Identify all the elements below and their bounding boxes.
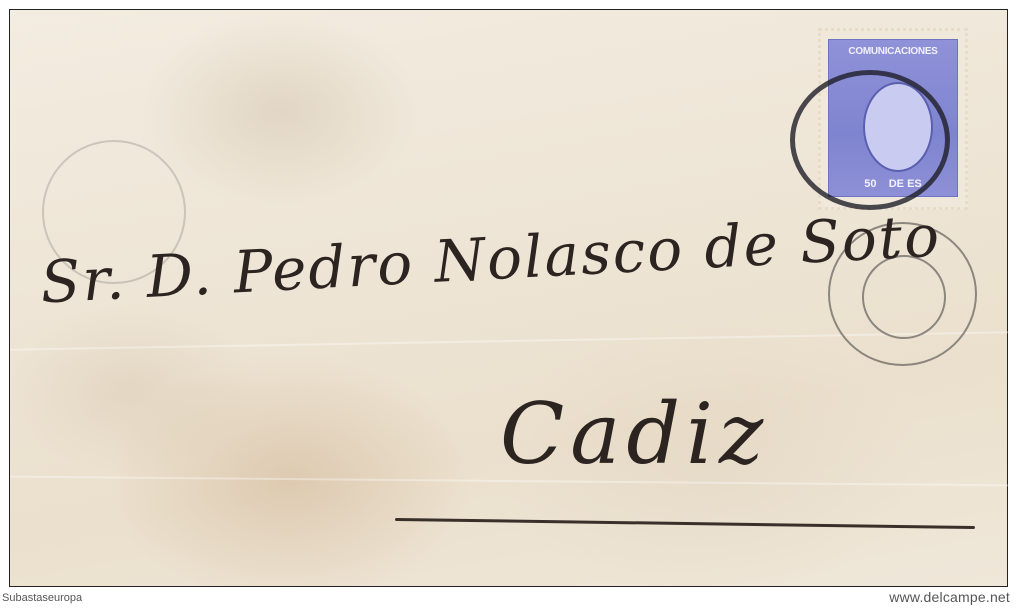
watermark-right: www.delcampe.net: [889, 589, 1010, 605]
stamp-top-text: COMUNICACIONES: [829, 46, 957, 57]
watermark-left: Subastaseuropa: [2, 592, 82, 604]
address-line-2: Cadiz: [500, 385, 769, 483]
numeral-cancel: [790, 70, 950, 210]
